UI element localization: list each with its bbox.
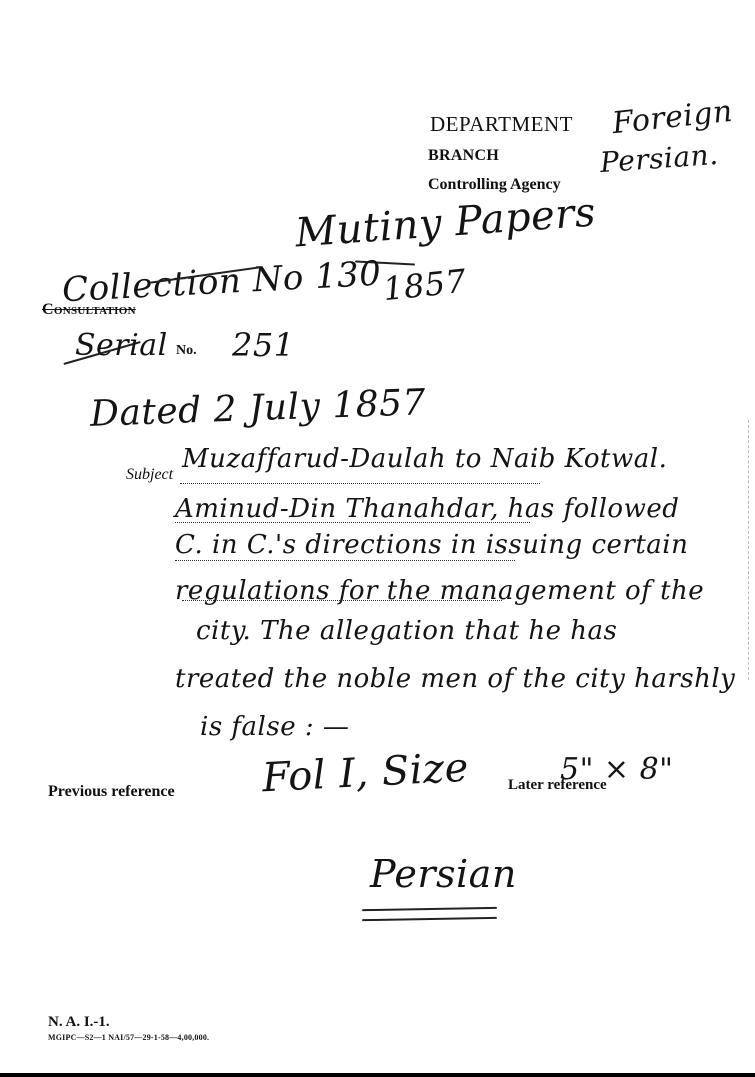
language-note-handwritten: Persian [370,852,517,896]
form-code: N. A. I.-1. [48,1014,110,1031]
serial-number-handwritten: 251 [232,326,295,364]
controlling-agency-label: Controlling Agency [428,176,561,194]
language-underline [362,917,497,921]
language-underline [362,907,497,911]
subject-dotted-line [180,483,540,484]
subject-line: treated the noble men of the city harshl… [175,664,735,694]
branch-value-handwritten: Persian. [599,138,720,179]
page-edge [748,420,750,680]
subject-line: is false : — [200,712,349,742]
dated-handwritten: Dated 2 July 1857 [89,382,426,435]
collection-year-handwritten: 1857 [381,262,468,309]
serial-prefix-handwritten: Serial [75,328,168,363]
department-value-handwritten: Foreign [611,94,735,141]
branch-label: BRANCH [428,147,499,165]
collection-title-handwritten: Mutiny Papers [294,190,598,257]
subject-label: Subject [126,466,173,484]
subject-line: Aminud-Din Thanahdar, has followed [175,494,679,524]
subject-dotted-line [175,560,515,561]
scan-border [0,1073,755,1077]
consultation-label-struck: Consultation [42,301,136,319]
folio-size-handwritten: Fol I, Size [261,745,470,802]
document-size-handwritten: 5" × 8" [560,752,673,787]
subject-line: C. in C.'s directions in issuing certain [175,530,688,560]
subject-line: city. The allegation that he has [196,616,617,646]
print-line: MGIPC—S2—1 NAI/57—29-1-58—4,00,000. [48,1033,209,1042]
subject-line: Muzaffarud-Daulah to Naib Kotwal. [182,444,667,474]
serial-no-label: No. [176,343,197,359]
subject-line: regulations for the management of the [175,576,704,606]
previous-reference-label: Previous reference [48,783,175,801]
department-label: DEPARTMENT [430,112,573,137]
